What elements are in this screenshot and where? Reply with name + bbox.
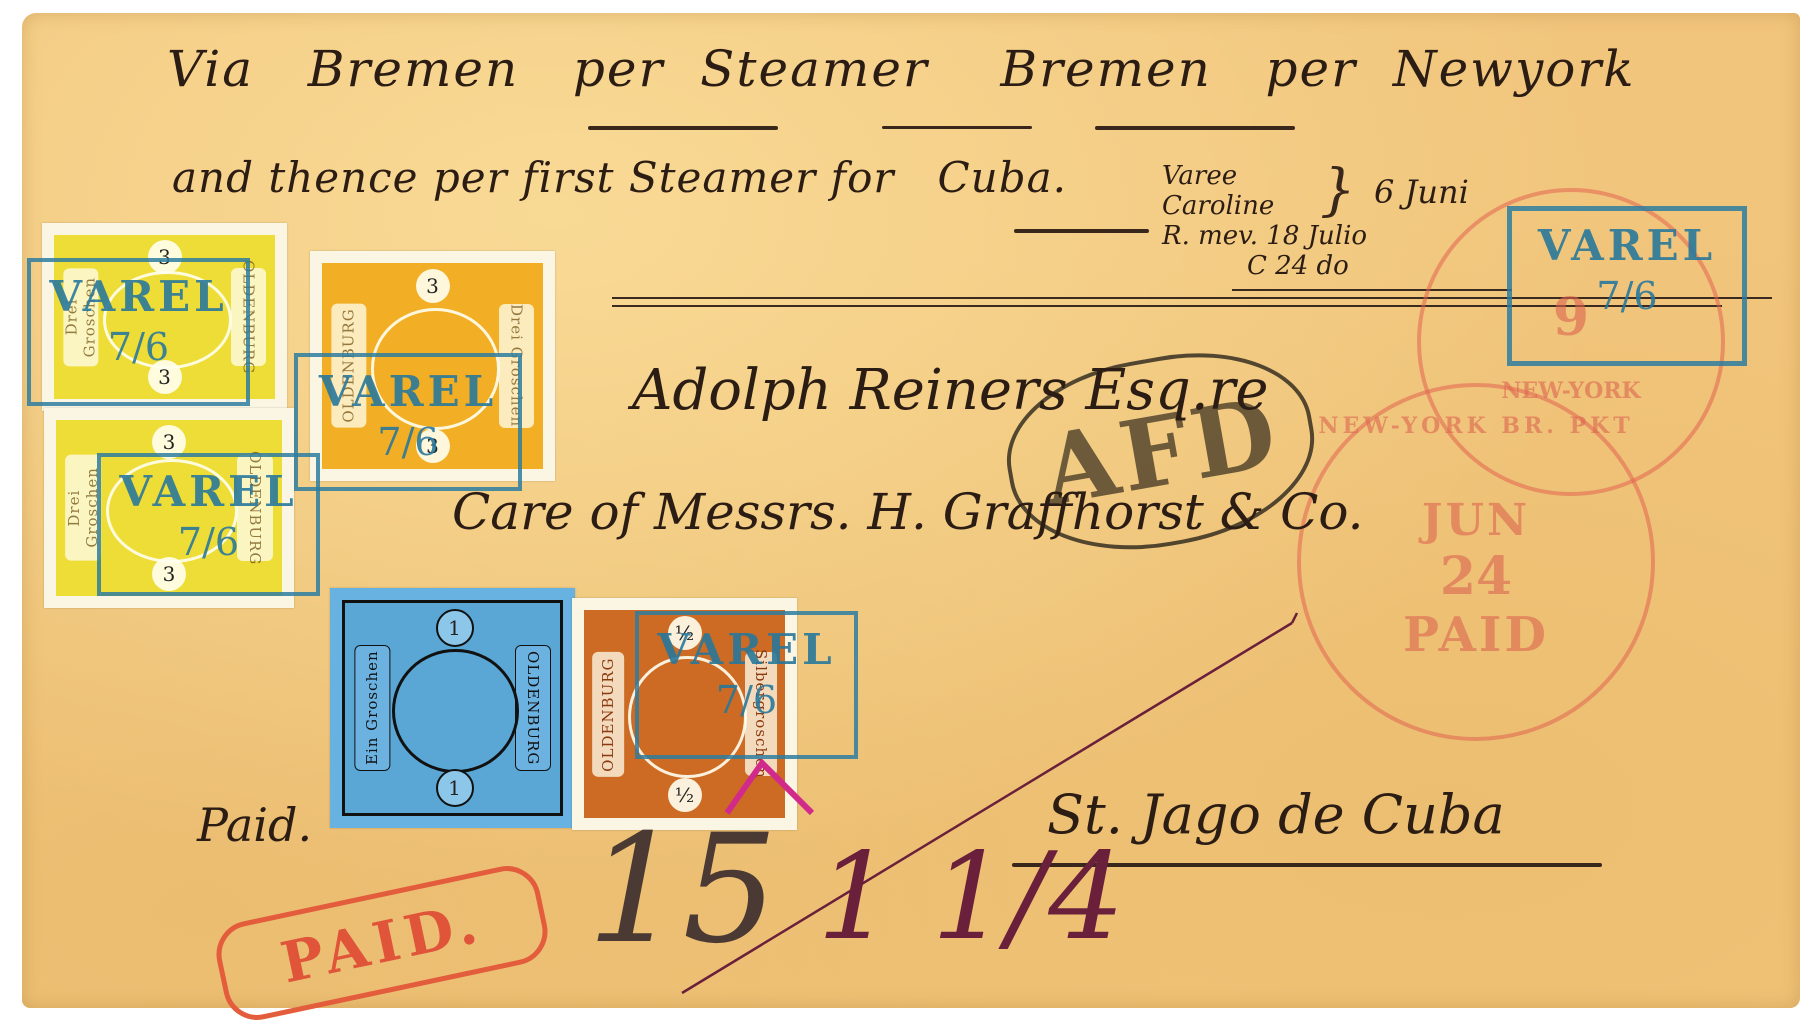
routing-line-2: and thence per first Steamer for Cuba.: [172, 153, 1067, 202]
stamp-frame: Ein Groschen OLDENBURG 1 1: [342, 600, 563, 816]
underline-newyork: [1095, 126, 1295, 130]
coat-of-arms-icon: [392, 649, 518, 773]
stamp-country: OLDENBURG: [592, 652, 624, 777]
stamp-value: 3: [416, 269, 450, 303]
destination-cuba: Cuba.: [938, 153, 1067, 202]
varel-cancel-3: VAREL 7/6: [97, 453, 320, 596]
docket-brace: }: [1320, 158, 1356, 223]
varel-date: 7/6: [298, 420, 518, 464]
addressee-name: Adolph Reiners Esq.re: [632, 358, 1269, 423]
varel-cancel-4: VAREL 7/6: [635, 611, 858, 759]
stamp-denomination: Ein Groschen: [354, 645, 390, 771]
docket-line-3: R. mev. 18 Julio: [1162, 221, 1367, 251]
via-word: Via: [167, 40, 254, 98]
varel-cancel-right: VAREL 7/6: [1507, 206, 1747, 366]
varel-town: VAREL: [298, 367, 518, 416]
new-york-cds-paid: NEW-YORK BR. PKT JUN 24 PAID: [1297, 383, 1655, 741]
varel-town: VAREL: [1512, 221, 1742, 270]
varel-cancel-1: VAREL 7/6: [27, 258, 250, 406]
crayon-rate-15: 15: [587, 803, 778, 977]
stamp-value-bottom: 1: [436, 769, 474, 807]
port-bremen: Bremen: [308, 40, 519, 98]
paid-handstamp: PAID.: [210, 860, 554, 1026]
varel-cancel-2: VAREL 7/6: [294, 353, 522, 491]
varel-town: VAREL: [31, 272, 246, 321]
routing-line-1: Via Bremen per Steamer Bremen per Newyor…: [167, 40, 1636, 98]
cds-ring-text: NEW-YORK BR. PKT: [1301, 413, 1651, 439]
stamp-value: 1: [436, 609, 474, 647]
manuscript-rate: 1 1/4: [817, 828, 1125, 967]
stamp-country: OLDENBURG: [515, 645, 551, 771]
cds-day: 24: [1301, 546, 1651, 607]
varel-date: 7/6: [1512, 274, 1742, 318]
cds-paid: PAID: [1301, 607, 1651, 663]
per-word-2: per: [1266, 40, 1358, 98]
thence-text: and thence per first Steamer for: [172, 153, 894, 202]
paid-note: Paid.: [197, 798, 312, 852]
steamer-word: Steamer: [700, 40, 929, 98]
underline-cuba: [1014, 229, 1149, 233]
underline-steamer: [588, 126, 778, 130]
destination-newyork: Newyork: [1393, 40, 1636, 98]
docket-line-4: C 24 do: [1162, 251, 1367, 281]
stamp-denomination: Drei Groschen: [65, 455, 101, 561]
varel-date: 7/6: [101, 520, 316, 564]
ship-name: Bremen: [1000, 40, 1211, 98]
docket-date: 6 Juni: [1374, 173, 1469, 211]
care-of-line: Care of Messrs. H. Graffhorst & Co.: [452, 483, 1364, 541]
postal-cover: Via Bremen per Steamer Bremen per Newyor…: [22, 13, 1800, 1008]
stamp-1gr-blue: Ein Groschen OLDENBURG 1 1: [330, 588, 575, 828]
per-word: per: [573, 40, 665, 98]
underline-bremen: [882, 126, 1032, 129]
varel-date: 7/6: [31, 325, 246, 369]
varel-date: 7/6: [639, 678, 854, 722]
varel-town: VAREL: [639, 625, 854, 674]
varel-town: VAREL: [101, 467, 316, 516]
